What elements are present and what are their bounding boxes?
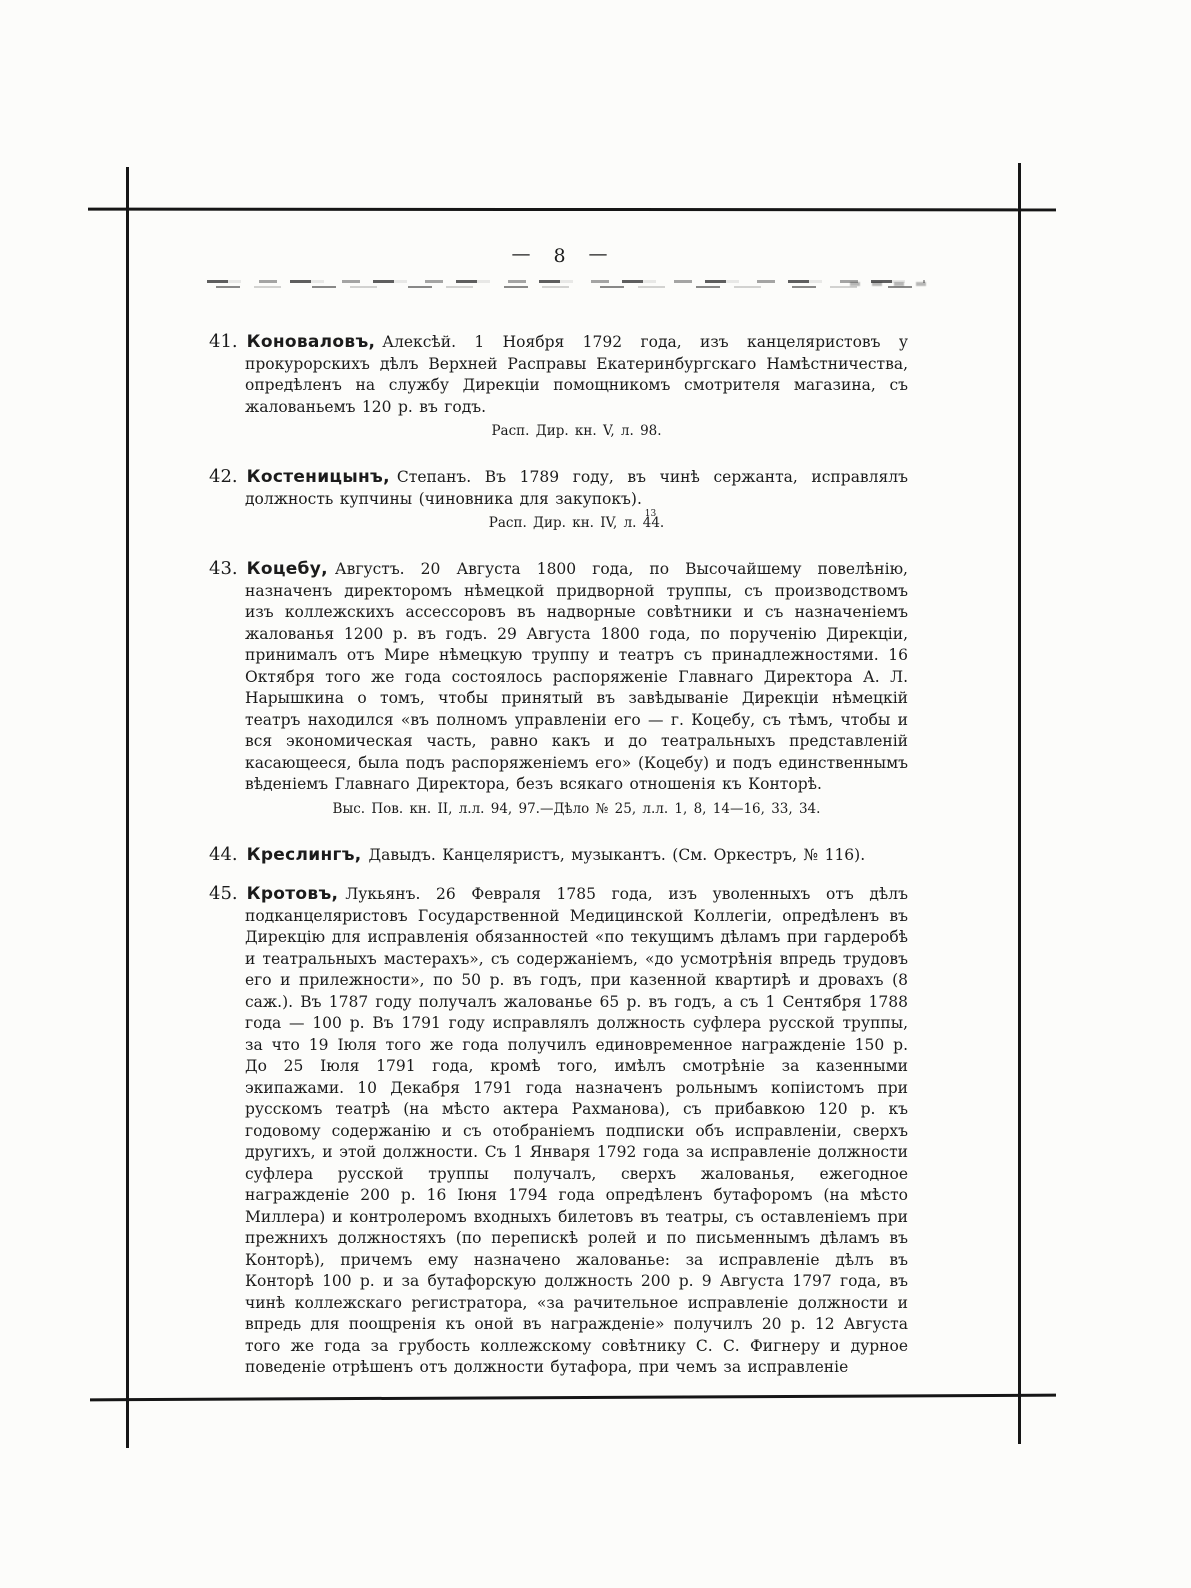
entry-source-footnote: Расп. Дир. кн. IV, л. 4413. — [245, 515, 908, 532]
entry-surname: Костеницынъ, — [247, 467, 397, 487]
entry-number: 41. — [209, 331, 247, 352]
scanned-book-page: —8— 41.Коноваловъ,Алексѣй. 1 Ноября 1792… — [0, 0, 1191, 1588]
frame-rule-left — [126, 167, 129, 1448]
smudged-divider-rule-tail — [850, 282, 930, 286]
entry-source-footnote: Выс. Пов. кн. II, л.л. 94, 97.—Дѣло № 25… — [245, 801, 908, 818]
entry-45: 45.Кротовъ,Лукьянъ. 26 Февраля 1785 года… — [245, 883, 908, 1379]
entry-paragraph: 41.Коноваловъ,Алексѣй. 1 Ноября 1792 год… — [245, 331, 908, 418]
entry-surname: Коцебу, — [247, 559, 335, 579]
footnote-superscript-correction: 13 — [645, 506, 656, 523]
entry-41: 41.Коноваловъ,Алексѣй. 1 Ноября 1792 год… — [245, 331, 908, 440]
footnote-leaf-number: 4413 — [643, 515, 660, 532]
entry-42: 42.Костеницынъ,Степанъ. Въ 1789 году, въ… — [245, 466, 908, 532]
entry-43: 43.Коцебу,Августъ. 20 Августа 1800 года,… — [245, 558, 908, 818]
page-number-right-dash: — — [589, 243, 609, 265]
entry-body-text: Давыдъ. Канцеляристъ, музыкантъ. (См. Ор… — [369, 846, 866, 864]
entry-number: 44. — [209, 844, 247, 865]
frame-rule-right — [1018, 163, 1021, 1444]
entry-number: 43. — [209, 558, 247, 579]
frame-rule-top — [88, 208, 1056, 212]
entry-surname: Креслингъ, — [247, 845, 369, 865]
page-number: 8 — [553, 245, 566, 267]
smudged-divider-rule — [207, 279, 925, 290]
entry-number: 42. — [209, 466, 247, 487]
entry-paragraph: 44.Креслингъ,Давыдъ. Канцеляристъ, музык… — [245, 844, 908, 867]
entry-paragraph: 45.Кротовъ,Лукьянъ. 26 Февраля 1785 года… — [245, 883, 908, 1379]
entry-body-text: Августъ. 20 Августа 1800 года, по Высоча… — [245, 560, 908, 793]
entry-number: 45. — [209, 883, 247, 904]
entry-surname: Коноваловъ, — [247, 332, 383, 352]
entry-body-text: Лукьянъ. 26 Февраля 1785 года, изъ уволе… — [245, 885, 908, 1376]
entry-source-footnote: Расп. Дир. кн. V, л. 98. — [245, 423, 908, 440]
entry-44: 44.Креслингъ,Давыдъ. Канцеляристъ, музык… — [245, 844, 908, 867]
entry-paragraph: 43.Коцебу,Августъ. 20 Августа 1800 года,… — [245, 558, 908, 796]
entry-paragraph: 42.Костеницынъ,Степанъ. Въ 1789 году, въ… — [245, 466, 908, 510]
page-number-left-dash: — — [511, 243, 531, 265]
page-number-header: —8— — [210, 245, 910, 267]
entry-surname: Кротовъ, — [247, 884, 346, 904]
entries-column: 41.Коноваловъ,Алексѣй. 1 Ноября 1792 год… — [245, 331, 908, 1405]
